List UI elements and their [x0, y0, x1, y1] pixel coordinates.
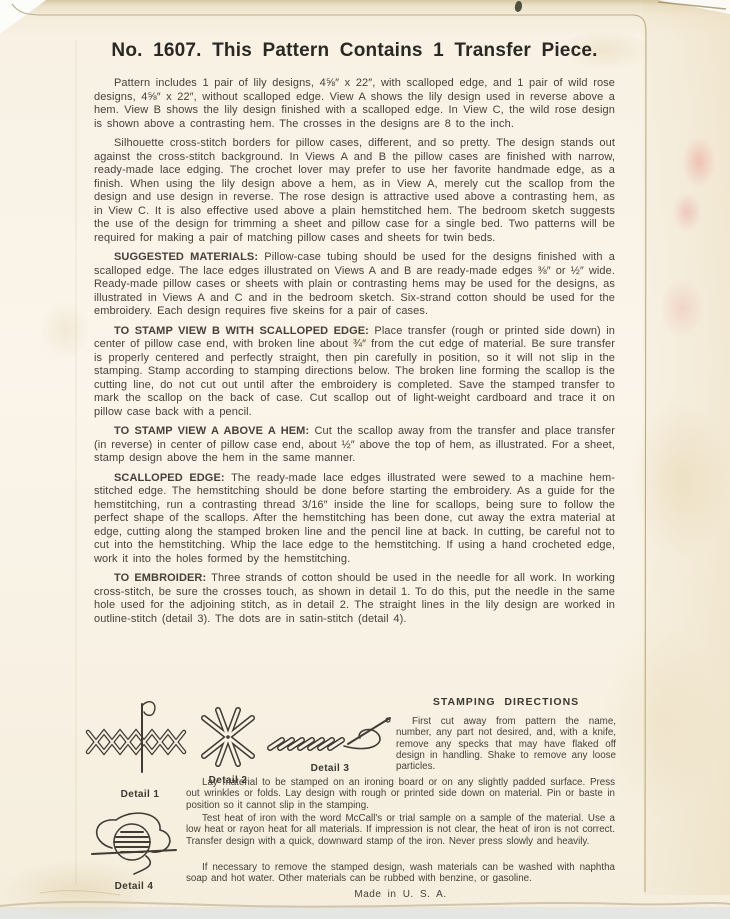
stamping-paragraph-2: Lay material to be stamped on an ironing…	[186, 777, 615, 811]
stamping-directions-block: STAMPING DIRECTIONS First cut away from …	[396, 696, 616, 772]
needle	[92, 850, 176, 854]
detail-3-label: Detail 3	[264, 763, 396, 774]
thread-loop	[344, 730, 380, 749]
detail-4-label: Detail 4	[88, 881, 180, 892]
satin-stitch-diagram	[88, 808, 180, 876]
stamping-paragraph-4: If necessary to remove the stamped desig…	[186, 862, 615, 885]
stamping-directions-heading: STAMPING DIRECTIONS	[396, 696, 616, 708]
cross-stitch-row-diagram	[84, 700, 196, 776]
needle	[348, 718, 390, 744]
bottom-section: Detail 1 Detail 2	[0, 0, 730, 907]
detail-1-figure: Detail 1	[84, 700, 196, 800]
detail-3-figure: Detail 3	[264, 708, 396, 774]
outline-stitch-diagram	[264, 708, 396, 758]
detail-1-label: Detail 1	[84, 789, 196, 800]
pattern-envelope-back: No. 1607. This Pattern Contains 1 Transf…	[0, 0, 730, 907]
stamping-paragraph-1: First cut away from pattern the name, nu…	[396, 716, 616, 772]
cross-stitch-block-diagram	[194, 704, 262, 770]
detail-4-figure: Detail 4	[88, 808, 180, 892]
detail-2-figure: Detail 2	[194, 704, 262, 786]
stamping-paragraph-3: Test heat of iron with the word McCall's…	[186, 813, 615, 847]
made-in-usa-text: Made in U. S. A.	[186, 889, 615, 900]
